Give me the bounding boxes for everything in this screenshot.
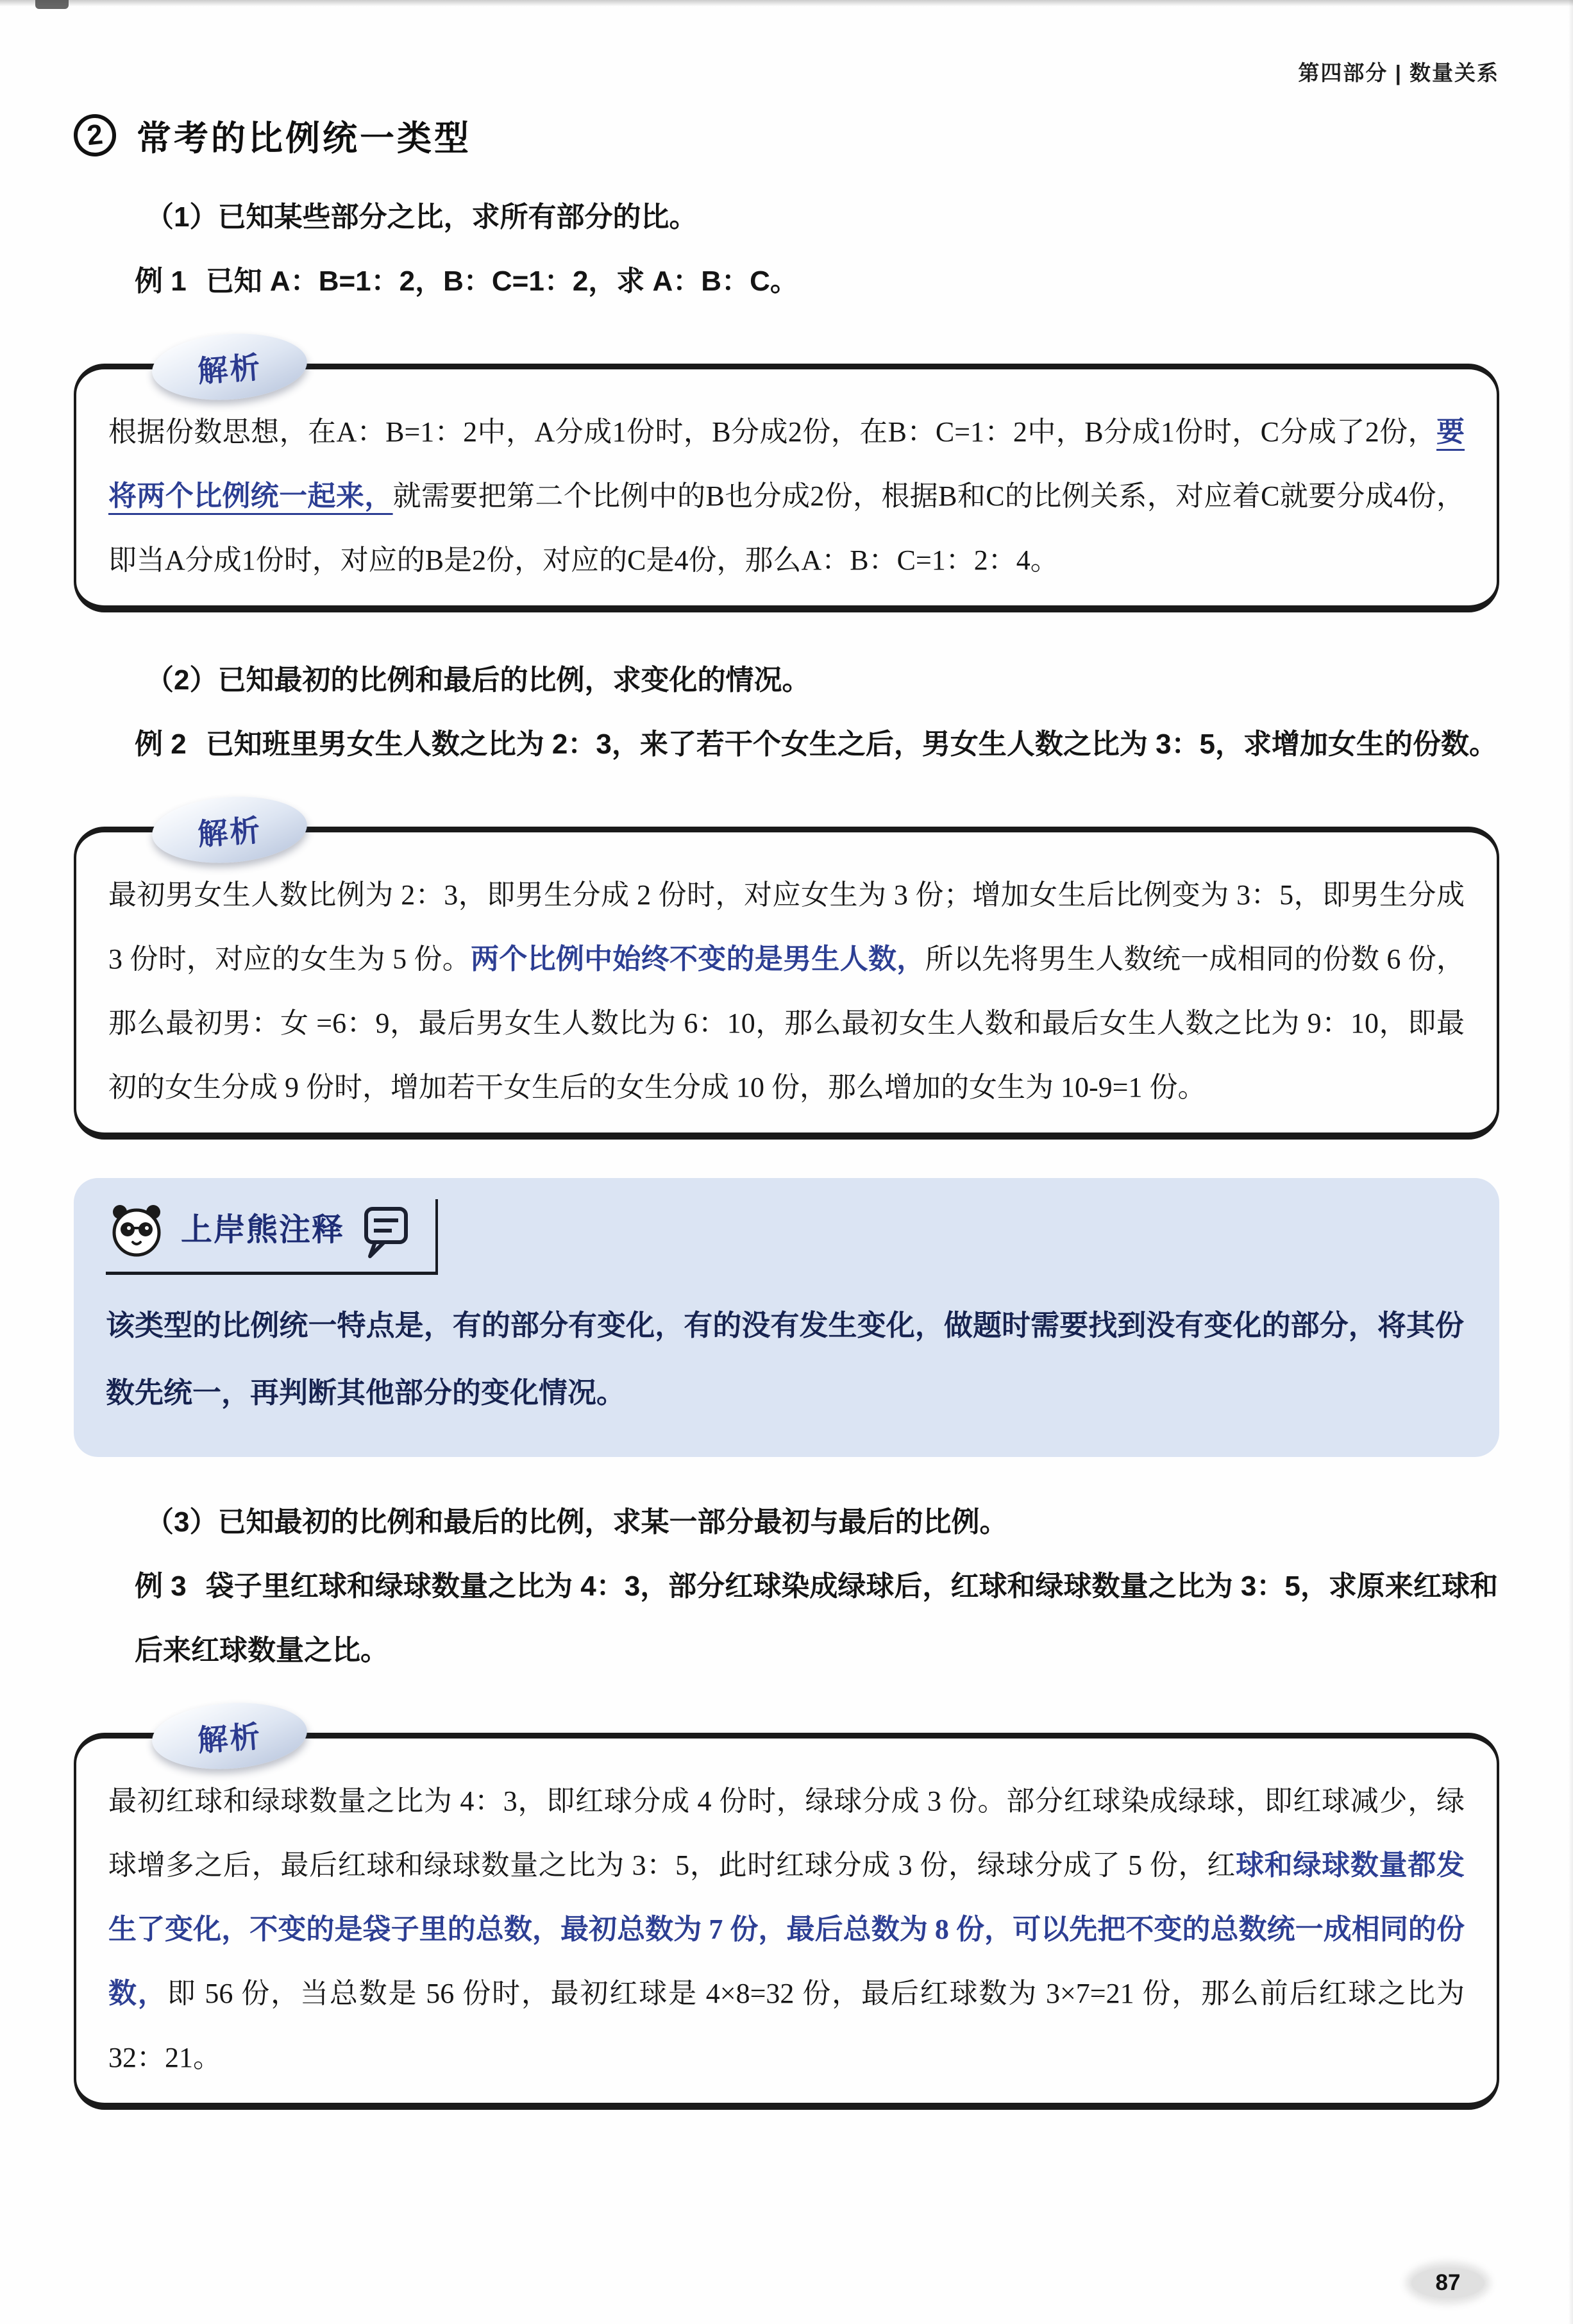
- analysis-label-badge: 解析: [150, 329, 310, 405]
- note-title: 上岸熊注释: [181, 1202, 344, 1258]
- example-paragraph: 例 3袋子里红球和绿球数量之比为 4：3，部分红球染成绿球后，红球和绿球数量之比…: [74, 1554, 1499, 1683]
- note-text: 该类型的比例统一特点是，有的部分有变化，有的没有发生变化，做题时需要找到没有变化…: [106, 1292, 1464, 1426]
- example-paragraph: 例 2已知班里男女生人数之比为 2：3，来了若干个女生之后，男女生人数之比为 3…: [74, 712, 1499, 777]
- analysis-box: 解析 最初红球和绿球数量之比为 4：3，即红球分成 4 份时，绿球分成 3 份。…: [74, 1733, 1499, 2110]
- example-label: 例 3: [135, 1570, 187, 1602]
- example-paragraph: 例 1已知 A：B=1：2，B：C=1：2，求 A：B：C。: [74, 249, 1499, 314]
- page-number-badge: 87: [1411, 2268, 1485, 2298]
- bear-icon: [109, 1202, 164, 1258]
- analysis-text-segment: 即 56 份，当总数是 56 份时，最初红球是 4×8=32 份，最后红球数为 …: [108, 1978, 1465, 2073]
- scan-edge-shadow: [0, 0, 1573, 6]
- note-box: 上岸熊注释 该类型的比例统一特点是，有的部分有变化，有的没有发生变化，做题时需要…: [74, 1178, 1499, 1457]
- example-label: 例 2: [135, 728, 187, 760]
- example-text: 已知 A：B=1：2，B：C=1：2，求 A：B：C。: [206, 265, 798, 297]
- analysis-box: 解析 根据份数思想，在A：B=1：2中，A分成1份时，B分成2份，在B：C=1：…: [74, 364, 1499, 612]
- note-header: 上岸熊注释: [106, 1202, 438, 1275]
- analysis-label-badge: 解析: [150, 1698, 310, 1774]
- running-header: 第四部分 | 数量关系: [1298, 56, 1499, 87]
- intro-paragraph: （3）已知最初的比例和最后的比例，求某一部分最初与最后的比例。: [74, 1490, 1499, 1554]
- book-page: 第四部分 | 数量关系 2 常考的比例统一类型 （1）已知某些部分之比，求所有部…: [0, 0, 1573, 2324]
- page-content: 2 常考的比例统一类型 （1）已知某些部分之比，求所有部分的比。 例 1已知 A…: [0, 0, 1573, 2110]
- circled-number-icon: 2: [72, 112, 119, 159]
- analysis-text: 最初男女生人数比例为 2：3，即男生分成 2 份时，对应女生为 3 份；增加女生…: [108, 863, 1465, 1120]
- analysis-box: 解析 最初男女生人数比例为 2：3，即男生分成 2 份时，对应女生为 3 份；增…: [74, 827, 1499, 1140]
- speech-bubble-icon: [361, 1202, 411, 1261]
- section-heading-title: 常考的比例统一类型: [137, 111, 471, 160]
- example-text: 已知班里男女生人数之比为 2：3，来了若干个女生之后，男女生人数之比为 3：5，…: [206, 728, 1497, 760]
- intro-paragraph: （1）已知某些部分之比，求所有部分的比。: [74, 185, 1499, 249]
- analysis-text-segment: 两个比例中始终不变的是男生人数，: [471, 943, 925, 975]
- analysis-text: 最初红球和绿球数量之比为 4：3，即红球分成 4 份时，绿球分成 3 份。部分红…: [108, 1769, 1465, 2090]
- scan-artifact-tab: [35, 0, 69, 9]
- intro-paragraph: （2）已知最初的比例和最后的比例，求变化的情况。: [74, 648, 1499, 712]
- analysis-label-badge: 解析: [150, 792, 310, 868]
- example-label: 例 1: [135, 265, 187, 297]
- section-heading: 2 常考的比例统一类型: [74, 112, 1499, 158]
- example-text: 袋子里红球和绿球数量之比为 4：3，部分红球染成绿球后，红球和绿球数量之比为 3…: [135, 1570, 1498, 1666]
- analysis-text: 根据份数思想，在A：B=1：2中，A分成1份时，B分成2份，在B：C=1：2中，…: [108, 400, 1465, 593]
- scan-edge-shadow-right: [1569, 0, 1573, 2324]
- analysis-text-segment: 根据份数思想，在A：B=1：2中，A分成1份时，B分成2份，在B：C=1：2中，…: [108, 416, 1436, 448]
